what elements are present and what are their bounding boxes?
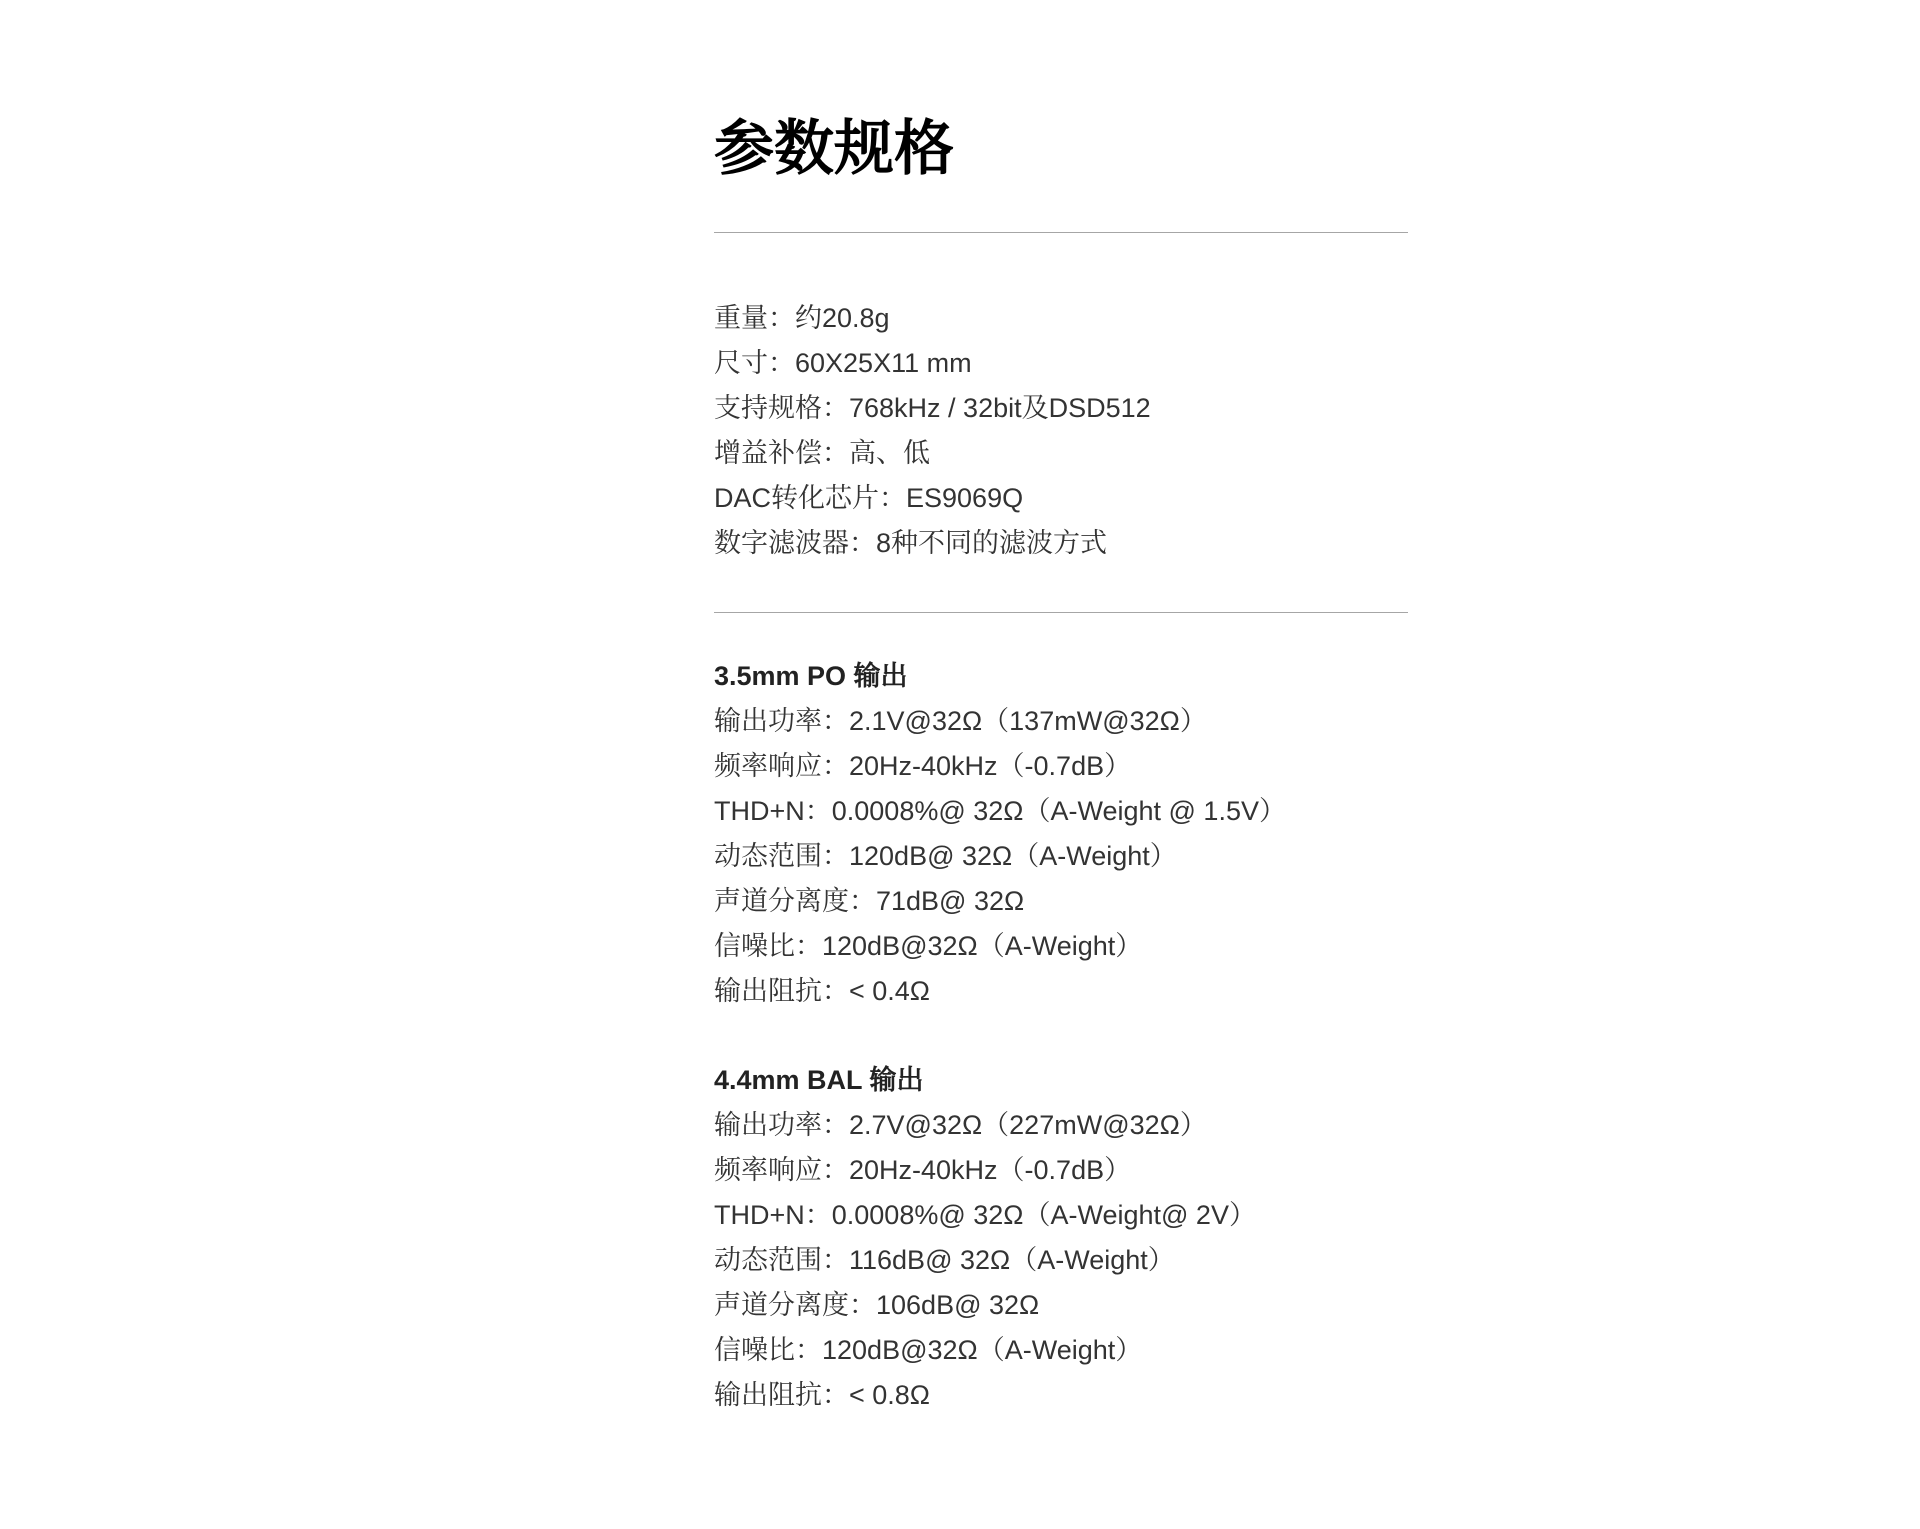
spec-line-gain: 增益补偿：高、低 (714, 431, 1408, 476)
spec-line-dac-chip: DAC转化芯片：ES9069Q (714, 476, 1408, 521)
spec-line-dynamic-range: 动态范围：116dB@ 32Ω（A-Weight） (714, 1238, 1408, 1283)
spec-line-output-power: 输出功率：2.7V@32Ω（227mW@32Ω） (714, 1103, 1408, 1148)
spec-line-frequency-response: 频率响应：20Hz-40kHz（-0.7dB） (714, 1148, 1408, 1193)
spec-content-column: 参数规格 重量：约20.8g 尺寸：60X25X11 mm 支持规格：768kH… (714, 0, 1408, 1418)
section-3-5mm-po-output: 3.5mm PO 输出 输出功率：2.1V@32Ω（137mW@32Ω） 频率响… (714, 654, 1408, 1014)
spec-line-snr: 信噪比：120dB@32Ω（A-Weight） (714, 1328, 1408, 1373)
spec-line-channel-separation: 声道分离度：106dB@ 32Ω (714, 1283, 1408, 1328)
spec-line-output-impedance: 输出阻抗：< 0.8Ω (714, 1373, 1408, 1418)
section-heading-4-4mm: 4.4mm BAL 输出 (714, 1058, 1408, 1103)
divider-middle (714, 612, 1408, 613)
spec-line-dynamic-range: 动态范围：120dB@ 32Ω（A-Weight） (714, 834, 1408, 879)
section-4-4mm-bal-output: 4.4mm BAL 输出 输出功率：2.7V@32Ω（227mW@32Ω） 频率… (714, 1058, 1408, 1418)
spec-line-dimensions: 尺寸：60X25X11 mm (714, 341, 1408, 386)
spec-line-output-power: 输出功率：2.1V@32Ω（137mW@32Ω） (714, 699, 1408, 744)
product-spec-page: 参数规格 重量：约20.8g 尺寸：60X25X11 mm 支持规格：768kH… (0, 0, 1920, 1529)
general-spec-list: 重量：约20.8g 尺寸：60X25X11 mm 支持规格：768kHz / 3… (714, 296, 1408, 566)
spec-line-digital-filter: 数字滤波器：8种不同的滤波方式 (714, 521, 1408, 566)
spec-line-supported-formats: 支持规格：768kHz / 32bit及DSD512 (714, 386, 1408, 431)
spec-line-frequency-response: 频率响应：20Hz-40kHz（-0.7dB） (714, 744, 1408, 789)
page-title: 参数规格 (714, 118, 1408, 179)
spec-line-output-impedance: 输出阻抗：< 0.4Ω (714, 969, 1408, 1014)
spec-line-snr: 信噪比：120dB@32Ω（A-Weight） (714, 924, 1408, 969)
section-heading-3-5mm: 3.5mm PO 输出 (714, 654, 1408, 699)
spec-line-thd-n: THD+N：0.0008%@ 32Ω（A-Weight @ 1.5V） (714, 789, 1408, 834)
spec-line-thd-n: THD+N：0.0008%@ 32Ω（A-Weight@ 2V） (714, 1193, 1408, 1238)
spec-line-channel-separation: 声道分离度：71dB@ 32Ω (714, 879, 1408, 924)
divider-top (714, 232, 1408, 233)
spec-line-weight: 重量：约20.8g (714, 296, 1408, 341)
